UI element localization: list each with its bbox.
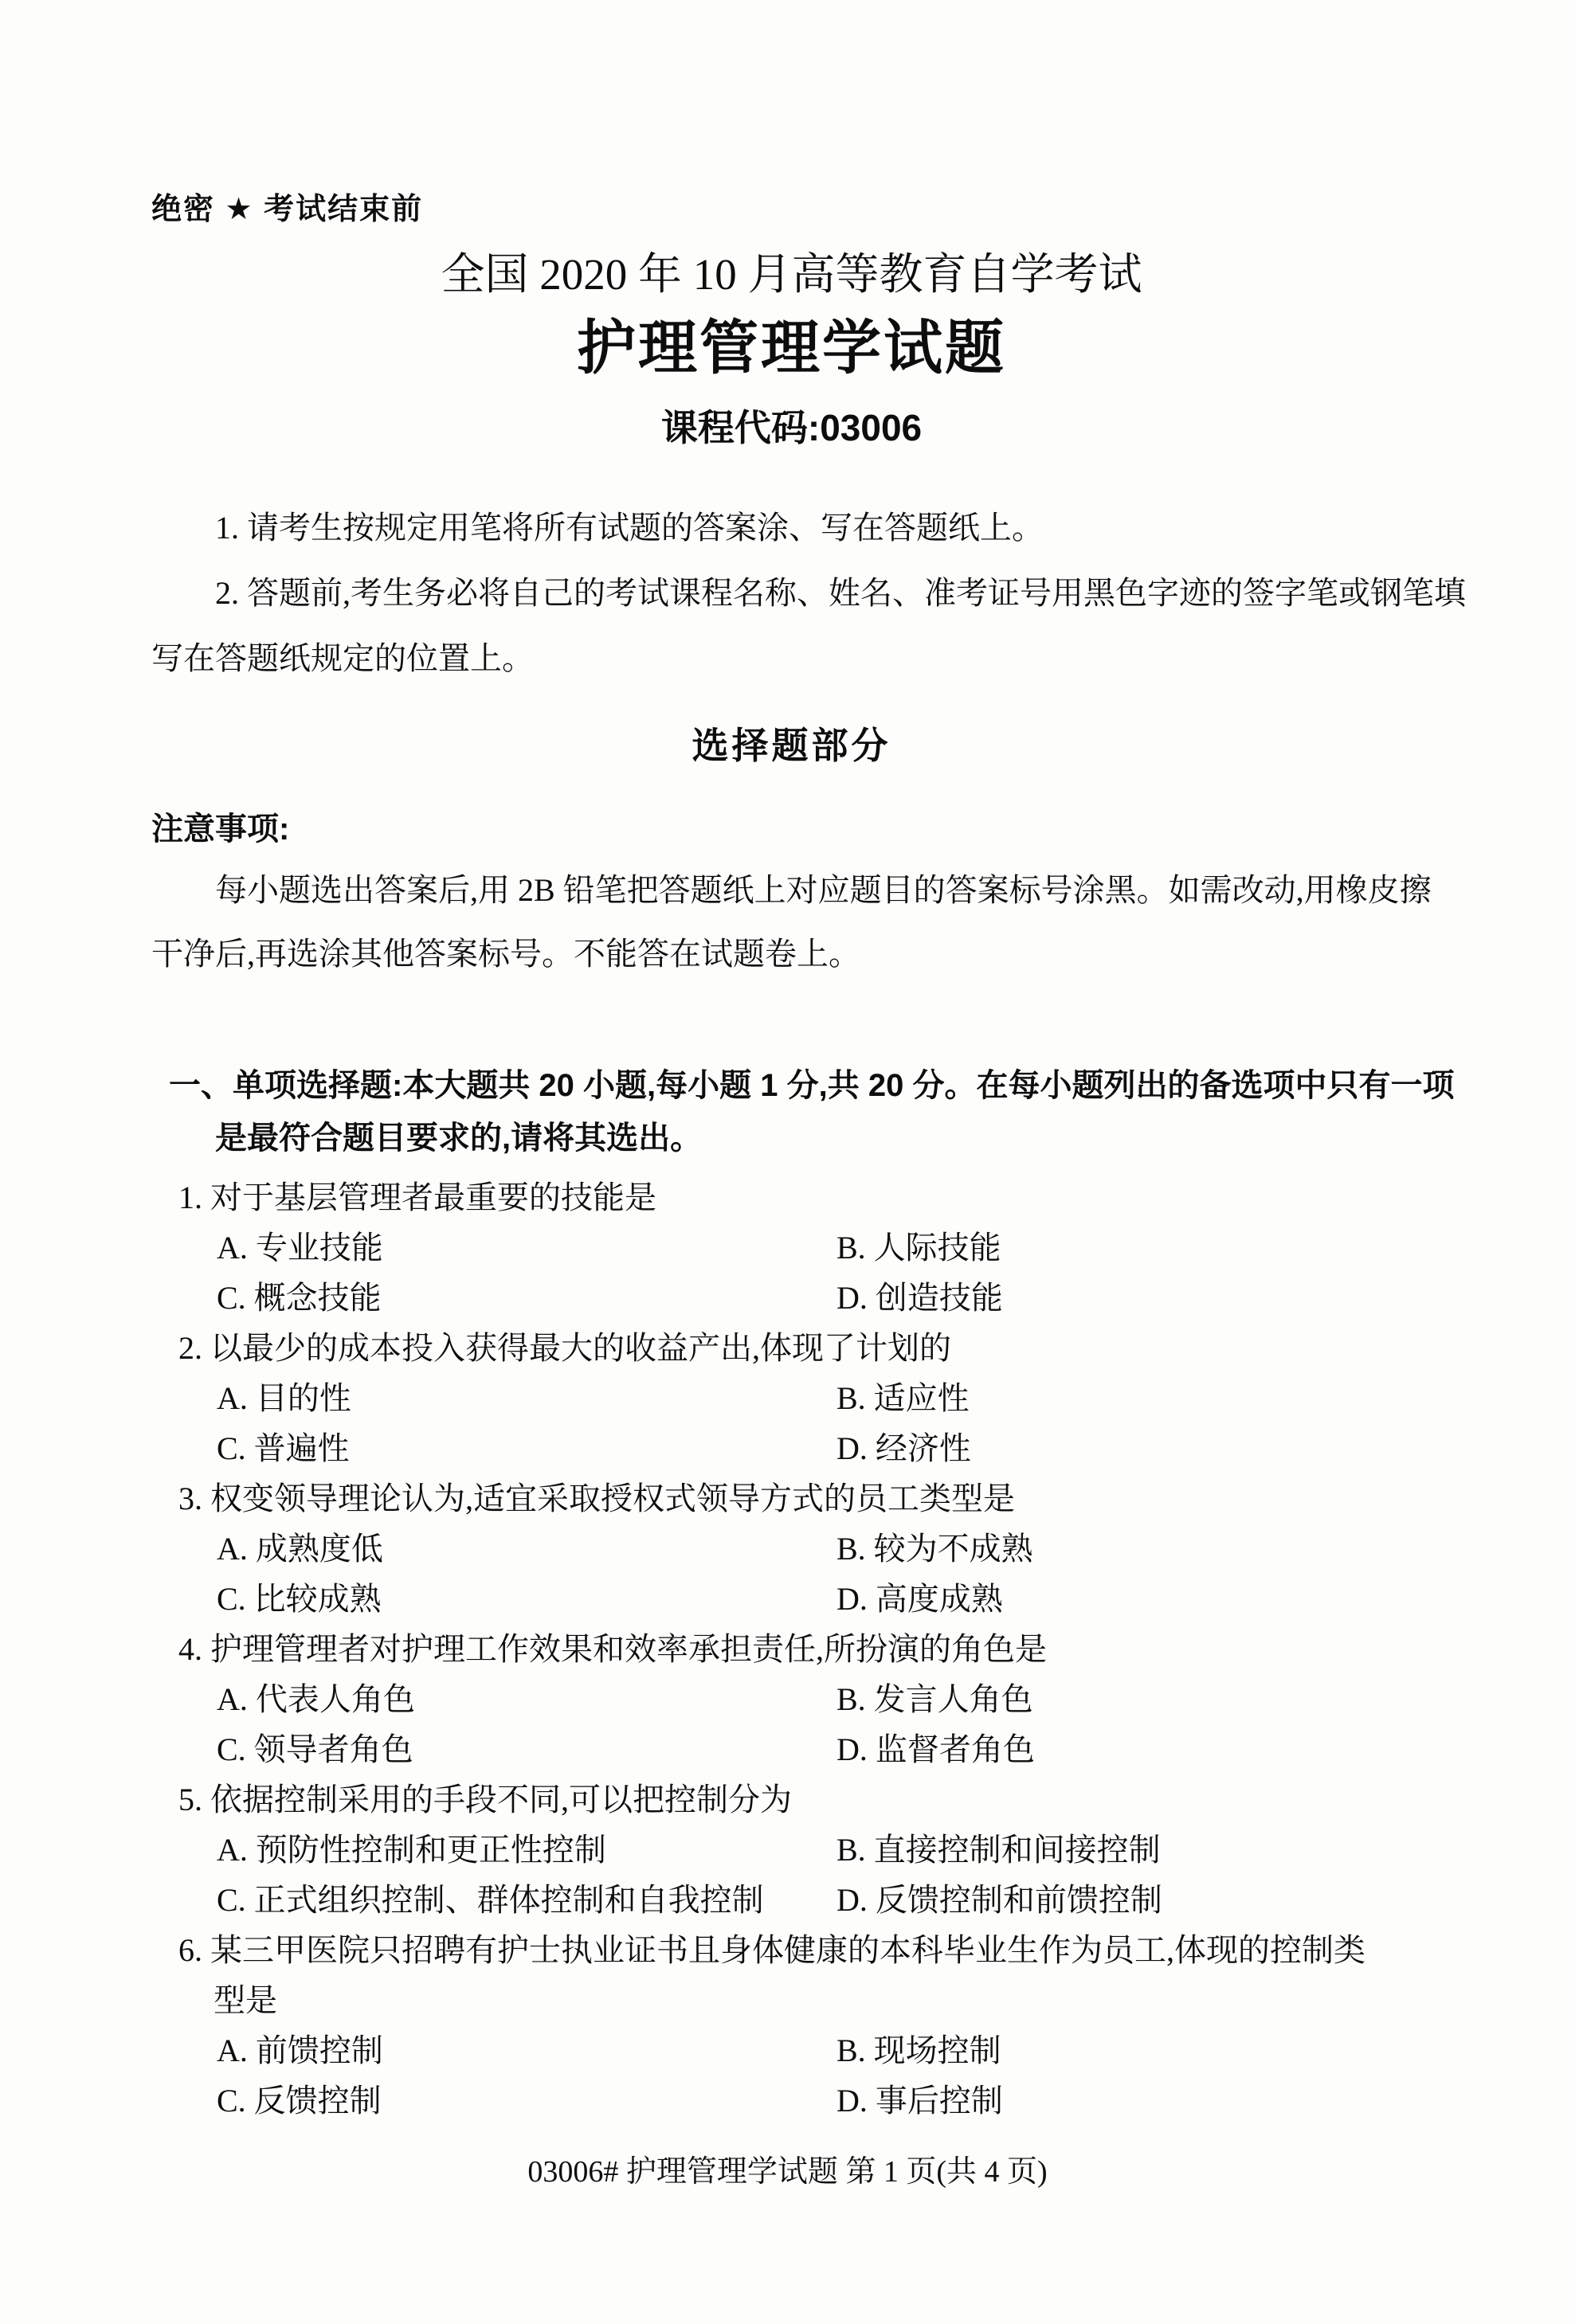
answer-option: C. 反馈控制 xyxy=(217,2076,836,2126)
page-footer: 03006# 护理管理学试题 第 1 页(共 4 页) xyxy=(0,2153,1575,2191)
question-options: A. 前馈控制B. 现场控制C. 反馈控制D. 事后控制 xyxy=(151,2025,1370,2126)
questions-list: 1. 对于基层管理者最重要的技能是A. 专业技能B. 人际技能C. 概念技能D.… xyxy=(151,1172,1370,2126)
question-item: 6. 某三甲医院只招聘有护士执业证书且身体健康的本科毕业生作为员工,体现的控制类… xyxy=(151,1925,1370,2126)
question-options: A. 代表人角色B. 发言人角色C. 领导者角色D. 监督者角色 xyxy=(151,1674,1370,1774)
answer-option: C. 领导者角色 xyxy=(217,1724,836,1774)
exam-paper-page: 绝密 ★ 考试结束前 全国 2020 年 10 月高等教育自学考试 护理管理学试… xyxy=(0,0,1575,2324)
answer-option: C. 普遍性 xyxy=(217,1423,836,1473)
question-item: 1. 对于基层管理者最重要的技能是A. 专业技能B. 人际技能C. 概念技能D.… xyxy=(151,1172,1370,1323)
question-item: 3. 权变领导理论认为,适宜采取授权式领导方式的员工类型是A. 成熟度低B. 较… xyxy=(151,1473,1370,1624)
question-item: 4. 护理管理者对护理工作效果和效率承担责任,所扮演的角色是A. 代表人角色B.… xyxy=(151,1624,1370,1774)
answer-option: D. 创造技能 xyxy=(836,1273,1370,1323)
answer-option: D. 反馈控制和前馈控制 xyxy=(836,1875,1370,1925)
answer-option: B. 较为不成熟 xyxy=(836,1524,1370,1574)
answer-option: B. 现场控制 xyxy=(836,2025,1370,2076)
question-stem: 6. 某三甲医院只招聘有护士执业证书且身体健康的本科毕业生作为员工,体现的控制类… xyxy=(151,1925,1370,2025)
section-one-header: 一、单项选择题:本大题共 20 小题,每小题 1 分,共 20 分。在每小题列出… xyxy=(151,1059,1458,1164)
instruction-item-1: 1. 请考生按规定用笔将所有试题的答案涂、写在答题纸上。 xyxy=(151,495,1474,561)
classification-banner: 绝密 ★ 考试结束前 xyxy=(151,191,1432,228)
notice-label: 注意事项: xyxy=(151,809,1432,849)
answer-option: C. 概念技能 xyxy=(217,1273,836,1323)
question-item: 5. 依据控制采用的手段不同,可以把控制分为A. 预防性控制和更正性控制B. 直… xyxy=(151,1774,1370,1925)
course-code: 课程代码:03006 xyxy=(151,406,1432,449)
exam-title: 全国 2020 年 10 月高等教育自学考试 xyxy=(151,248,1432,301)
answer-option: A. 目的性 xyxy=(217,1373,836,1423)
answer-option: B. 人际技能 xyxy=(836,1223,1370,1273)
question-options: A. 预防性控制和更正性控制B. 直接控制和间接控制C. 正式组织控制、群体控制… xyxy=(151,1825,1370,1925)
answer-option: C. 正式组织控制、群体控制和自我控制 xyxy=(217,1875,836,1925)
question-stem: 2. 以最少的成本投入获得最大的收益产出,体现了计划的 xyxy=(151,1323,1370,1373)
question-stem: 4. 护理管理者对护理工作效果和效率承担责任,所扮演的角色是 xyxy=(151,1624,1370,1674)
instructions-block: 1. 请考生按规定用笔将所有试题的答案涂、写在答题纸上。 2. 答题前,考生务必… xyxy=(151,495,1474,691)
exam-subject-title: 护理管理学试题 xyxy=(151,312,1432,384)
answer-option: C. 比较成熟 xyxy=(217,1574,836,1624)
answer-option: B. 适应性 xyxy=(836,1373,1370,1423)
answer-option: D. 事后控制 xyxy=(836,2076,1370,2126)
question-item: 2. 以最少的成本投入获得最大的收益产出,体现了计划的A. 目的性B. 适应性C… xyxy=(151,1323,1370,1473)
answer-option: A. 前馈控制 xyxy=(217,2025,836,2076)
answer-option: A. 预防性控制和更正性控制 xyxy=(217,1825,836,1875)
answer-option: B. 直接控制和间接控制 xyxy=(836,1825,1370,1875)
answer-option: A. 代表人角色 xyxy=(217,1674,836,1724)
answer-option: B. 发言人角色 xyxy=(836,1674,1370,1724)
page-content: 绝密 ★ 考试结束前 全国 2020 年 10 月高等教育自学考试 护理管理学试… xyxy=(151,191,1432,2126)
question-stem: 3. 权变领导理论认为,适宜采取授权式领导方式的员工类型是 xyxy=(151,1473,1370,1524)
question-options: A. 成熟度低B. 较为不成熟C. 比较成熟D. 高度成熟 xyxy=(151,1524,1370,1624)
question-stem: 1. 对于基层管理者最重要的技能是 xyxy=(151,1172,1370,1223)
notice-text: 每小题选出答案后,用 2B 铅笔把答题纸上对应题目的答案标号涂黑。如需改动,用橡… xyxy=(151,859,1462,986)
question-stem: 5. 依据控制采用的手段不同,可以把控制分为 xyxy=(151,1774,1370,1825)
question-options: A. 目的性B. 适应性C. 普遍性D. 经济性 xyxy=(151,1373,1370,1473)
answer-option: D. 经济性 xyxy=(836,1423,1370,1473)
question-options: A. 专业技能B. 人际技能C. 概念技能D. 创造技能 xyxy=(151,1223,1370,1323)
answer-option: A. 成熟度低 xyxy=(217,1524,836,1574)
answer-option: D. 监督者角色 xyxy=(836,1724,1370,1774)
part-heading: 选择题部分 xyxy=(151,723,1432,768)
answer-option: D. 高度成熟 xyxy=(836,1574,1370,1624)
answer-option: A. 专业技能 xyxy=(217,1223,836,1273)
instruction-item-2: 2. 答题前,考生务必将自己的考试课程名称、姓名、准考证号用黑色字迹的签字笔或钢… xyxy=(151,561,1474,691)
